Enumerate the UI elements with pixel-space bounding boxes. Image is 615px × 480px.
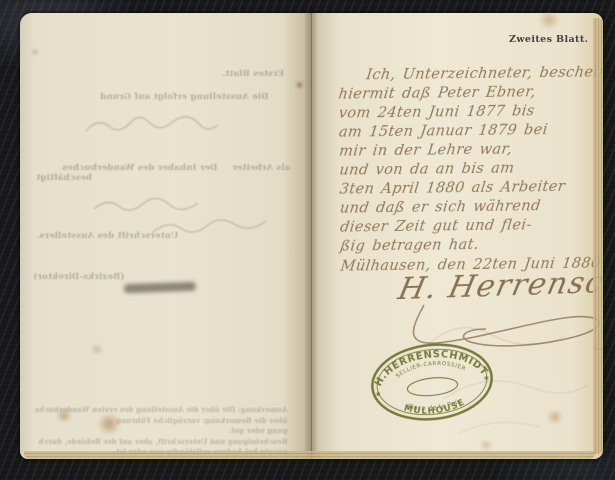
showthrough-header: Erstes Blatt. <box>222 69 284 79</box>
showthrough-footnote-line: Bescheinigung und Unterschrift, aber auf… <box>35 437 288 448</box>
showthrough-line: Die Ausstellung erfolgt auf Grund <box>100 92 269 102</box>
showthrough-line: beschäftigt <box>36 173 92 183</box>
showthrough-handwriting-squiggle <box>82 109 222 143</box>
open-booklet: Erstes Blatt. Die Ausstellung erfolgt au… <box>20 13 603 459</box>
showthrough-footnote-line: über die Bemerkung: vorzügliche Führung <box>35 416 288 427</box>
page-edge-stack-bottom <box>24 451 595 459</box>
pencil-scribble <box>420 303 600 453</box>
gutter-shadow <box>282 13 340 459</box>
showthrough-handwriting-squiggle <box>148 213 284 245</box>
showthrough-line: (Bezirks-Direktor) <box>33 272 124 282</box>
document-photo: Erstes Blatt. Die Ausstellung erfolgt au… <box>0 0 615 480</box>
showthrough-footnote-line: Anmerkung: Die über die Ausstellung des … <box>35 405 288 416</box>
page-heading-zweites-blatt: Zweites Blatt. <box>509 34 588 45</box>
showthrough-line: Der Inhaber des Wanderbuches <box>62 163 218 173</box>
handwriting-line: ßig betragen hat. <box>339 234 603 257</box>
handwritten-certificate-text: Ich, Unterzeichneter, bescheinige hiermi… <box>337 63 603 277</box>
showthrough-footnote: Anmerkung: Die über die Ausstellung des … <box>35 405 288 458</box>
page-edge-stack-right <box>593 18 603 454</box>
showthrough-footnote-line: gung oder gut. <box>35 426 288 437</box>
stamp-ornament-left: ▪ <box>376 390 381 397</box>
